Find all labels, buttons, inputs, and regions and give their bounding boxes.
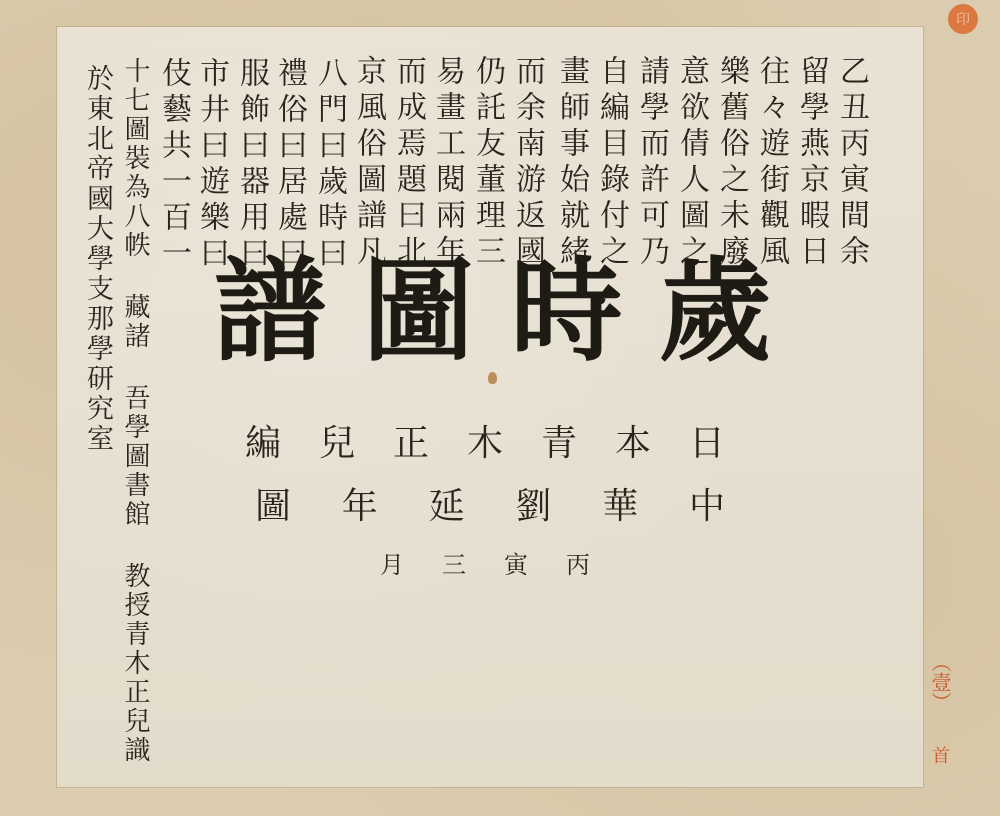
colophon-column-18: 伎藝共一百一 [158,57,188,273]
colophon-column-10: 仍託友董理三 [472,55,502,271]
credit-illustrator: 中 華 劉 延 年 圖 [255,478,725,529]
title-char-2: 時 [502,256,632,368]
credit1-char: 本 [615,415,651,466]
credit1-char: 兒 [319,415,355,466]
colophon-column-8: 畫師事始就緒 [556,55,586,271]
page-number-mark: （壹） [930,652,950,712]
credit1-char: 青 [541,415,577,466]
title-char-3: 圖 [353,256,483,368]
colophon-column-2: 留學燕京暇日 [796,55,826,271]
credit1-char: 正 [393,415,429,466]
main-title: 歲 時 圖 譜 [205,252,780,372]
credit2-char: 華 [602,478,638,529]
page-head-mark: 首 [932,742,950,768]
title-char-4: 譜 [205,256,335,368]
colophon-column-15: 禮俗曰居處曰 [274,57,304,273]
colophon-column-6: 請學而許可乃 [636,55,666,271]
colophon-column-13: 京風俗圖譜凡 [353,55,383,271]
date-char: 寅 [504,545,528,580]
seal-glyph: 印 [956,9,970,29]
red-seal-stamp: 印 [948,4,978,34]
colophon-column-17: 市井曰遊樂曰 [196,57,226,273]
title-char-1: 歲 [650,256,780,368]
date-char: 丙 [566,545,590,580]
credit2-char: 年 [342,478,378,529]
credit2-char: 圖 [255,478,291,529]
colophon-column-7: 自編目錄付之 [596,55,626,271]
credit1-char: 日 [689,415,725,466]
colophon-column-12: 而成焉題曰北 [393,55,423,271]
colophon-column-20-institution: 於東北帝國大學支那學研究室 [84,64,111,454]
credit2-char: 劉 [515,478,551,529]
colophon-column-19-signature: 十七圖裝為八帙 藏諸 吾學圖書館 教授青木正兒識 [122,57,148,765]
date-char: 三 [442,545,466,580]
colophon-column-4: 樂舊俗之未廢 [716,55,746,271]
credit2-char: 中 [689,478,725,529]
credit-compiler: 日 本 青 木 正 兒 編 [245,415,725,466]
date-line: 丙 寅 三 月 [380,545,590,580]
colophon-column-14: 八門曰歲時曰 [314,57,344,273]
colophon-column-1: 乙丑丙寅間余 [836,55,866,271]
credit2-char: 延 [429,478,465,529]
credit1-char: 木 [467,415,503,466]
paper-stain [488,372,497,384]
colophon-column-3: 往々遊街觀風 [756,55,786,271]
colophon-column-9: 而余南游返國 [512,55,542,271]
colophon-column-16: 服飾曰器用曰 [236,57,266,273]
colophon-column-5: 意欲倩人圖之 [676,55,706,271]
credit1-char: 編 [245,415,281,466]
date-char: 月 [380,545,404,580]
colophon-column-11: 易畫工閱兩年 [432,55,462,271]
